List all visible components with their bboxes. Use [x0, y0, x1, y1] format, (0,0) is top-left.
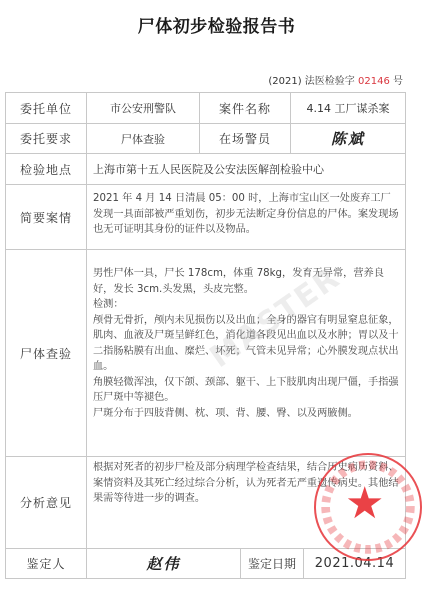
form-row-client: 委托单位 市公安刑警队 案件名称 4.14 工厂谋杀案 [6, 93, 405, 123]
document-number-suffix: 号 [393, 76, 403, 87]
officer-signature: 陈斌 [290, 124, 405, 153]
value-examination: 男性尸体一具，尸长 178cm，体重 78kg，发育无异常，营养良好，发长 3c… [86, 250, 405, 456]
report-form: 委托单位 市公安刑警队 案件名称 4.14 工厂谋杀案 委托要求 尸体查验 在场… [5, 92, 406, 579]
exam-paragraph-organs: 颅骨无骨折，颅内未见损伤以及出血；全身的器官有明显窒息征象，肌肉、血液及尸斑呈鲜… [93, 313, 399, 375]
label-client-unit: 委托单位 [6, 93, 86, 123]
form-row-appraiser: 鉴定人 赵伟 鉴定日期 2021.04.14 [6, 548, 405, 578]
exam-paragraph-rigor: 角膜轻微浑浊，仅下颌、颈部、躯干、上下肢肌肉出现尸僵，手指强压尸斑中等褪色。 [93, 375, 399, 406]
appraiser-signature: 赵伟 [86, 549, 240, 578]
form-row-location: 检验地点 上海市第十五人民医院及公安法医解剖检验中心 [6, 153, 405, 184]
form-row-analysis: 分析意见 根据对死者的初步尸检及部分病理学检查结果，结合历史病历资料、案情资料及… [6, 456, 405, 548]
value-request: 尸体查验 [86, 124, 199, 153]
exam-paragraph-general: 男性尸体一具，尸长 178cm，体重 78kg，发育无异常，营养良好，发长 3c… [93, 266, 399, 297]
value-case-name: 4.14 工厂谋杀案 [290, 93, 405, 123]
label-officer-present: 在场警员 [199, 124, 290, 153]
value-client-unit: 市公安刑警队 [86, 93, 199, 123]
exam-paragraph-livor: 尸斑分布于四肢背侧、枕、项、背、腰、臀、以及两腋侧。 [93, 406, 358, 422]
document-number: (2021) 法医检验字 02146 号 [268, 72, 403, 87]
value-analysis: 根据对死者的初步尸检及部分病理学检查结果，结合历史病历资料、案情资料及其死亡经过… [86, 457, 405, 548]
value-appraisal-date: 2021.04.14 [303, 549, 405, 578]
label-case-summary: 简要案情 [6, 185, 86, 249]
label-appraiser: 鉴定人 [6, 549, 86, 578]
label-request: 委托要求 [6, 124, 86, 153]
form-row-examination: 尸体查验 男性尸体一具，尸长 178cm，体重 78kg，发育无异常，营养良好，… [6, 249, 405, 456]
label-appraisal-date: 鉴定日期 [240, 549, 303, 578]
label-case-name: 案件名称 [199, 93, 290, 123]
label-location: 检验地点 [6, 154, 86, 184]
document-title: 尸体初步检验报告书 [0, 12, 433, 37]
label-analysis: 分析意见 [6, 457, 86, 548]
form-row-request: 委托要求 尸体查验 在场警员 陈斌 [6, 123, 405, 153]
label-examination: 尸体查验 [6, 250, 86, 456]
exam-paragraph-heading: 检测： [93, 297, 124, 313]
form-row-case-summary: 简要案情 2021 年 4 月 14 日清晨 05：00 时，上海市宝山区一处废… [6, 184, 405, 249]
value-location: 上海市第十五人民医院及公安法医解剖检验中心 [86, 154, 405, 184]
document-number-prefix: (2021) 法医检验字 [268, 76, 354, 87]
value-case-summary: 2021 年 4 月 14 日清晨 05：00 时，上海市宝山区一处废弃工厂发现… [86, 185, 405, 249]
document-number-value: 02146 [358, 76, 390, 87]
